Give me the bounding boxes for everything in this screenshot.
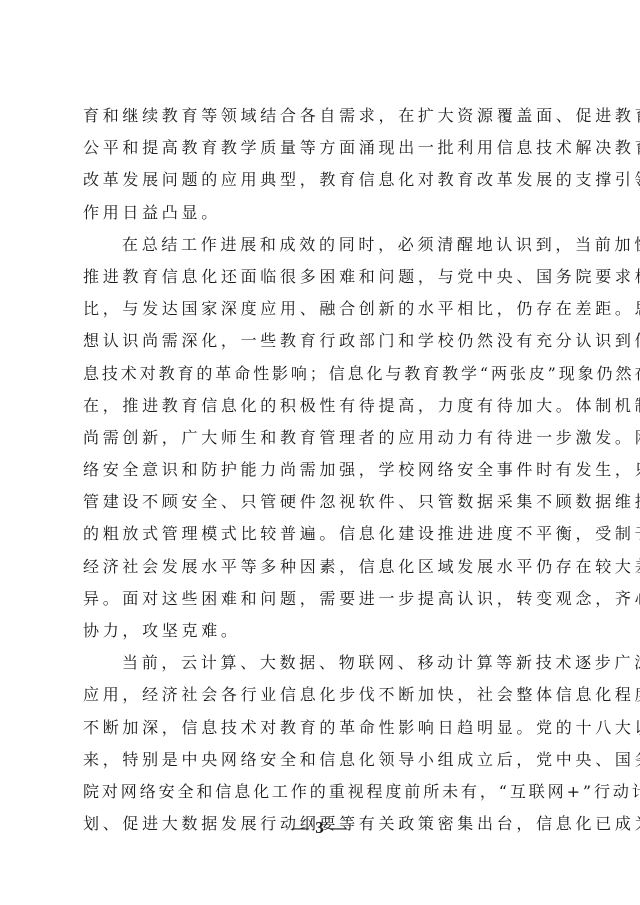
paragraph-2: 在总结工作进展和成效的同时，必须清醒地认识到，当前加快 推进教育信息化还面临很多… <box>83 229 557 647</box>
text-line: 在总结工作进展和成效的同时，必须清醒地认识到，当前加快 <box>83 229 557 261</box>
text-line: 想认识尚需深化，一些教育行政部门和学校仍然没有充分认识到信 <box>83 325 557 357</box>
text-line: 作用日益凸显。 <box>83 197 557 229</box>
text-line: 息技术对教育的革命性影响；信息化与教育教学“两张皮”现象仍然存 <box>83 358 557 390</box>
text-line: 当前，云计算、大数据、物联网、移动计算等新技术逐步广泛 <box>83 647 557 679</box>
text-line: 协力，攻坚克难。 <box>83 615 557 647</box>
text-line: 管建设不顾安全、只管硬件忽视软件、只管数据采集不顾数据维护 <box>83 486 557 518</box>
text-line: 尚需创新，广大师生和教育管理者的应用动力有待进一步激发。网 <box>83 422 557 454</box>
text-line: 经济社会发展水平等多种因素，信息化区域发展水平仍存在较大差 <box>83 551 557 583</box>
text-line: 改革发展问题的应用典型，教育信息化对教育改革发展的支撑引领 <box>83 164 557 196</box>
text-line: 育和继续教育等领域结合各自需求，在扩大资源覆盖面、促进教育 <box>83 100 557 132</box>
text-line: 来，特别是中央网络安全和信息化领导小组成立后，党中央、国务 <box>83 744 557 776</box>
document-page: 育和继续教育等领域结合各自需求，在扩大资源覆盖面、促进教育 公平和提高教育教学质… <box>0 0 640 905</box>
text-line: 应用，经济社会各行业信息化步伐不断加快，社会整体信息化程度 <box>83 679 557 711</box>
paragraph-1: 育和继续教育等领域结合各自需求，在扩大资源覆盖面、促进教育 公平和提高教育教学质… <box>83 100 557 229</box>
text-line: 院对网络安全和信息化工作的重视程度前所未有，“互联网+”行动计 <box>83 776 557 808</box>
text-line: 在，推进教育信息化的积极性有待提高，力度有待加大。体制机制 <box>83 390 557 422</box>
text-line: 推进教育信息化还面临很多困难和问题，与党中央、国务院要求相 <box>83 261 557 293</box>
document-body: 育和继续教育等领域结合各自需求，在扩大资源覆盖面、促进教育 公平和提高教育教学质… <box>83 100 557 840</box>
text-line: 异。面对这些困难和问题，需要进一步提高认识，转变观念，齐心 <box>83 583 557 615</box>
text-line: 比，与发达国家深度应用、融合创新的水平相比，仍存在差距。思 <box>83 293 557 325</box>
text-line: 的粗放式管理模式比较普遍。信息化建设推进进度不平衡，受制于 <box>83 518 557 550</box>
page-number: — 3 — <box>0 818 640 838</box>
text-line: 公平和提高教育教学质量等方面涌现出一批利用信息技术解决教育 <box>83 132 557 164</box>
paragraph-3: 当前，云计算、大数据、物联网、移动计算等新技术逐步广泛 应用，经济社会各行业信息… <box>83 647 557 840</box>
text-line: 络安全意识和防护能力尚需加强，学校网络安全事件时有发生，只 <box>83 454 557 486</box>
text-line: 不断加深，信息技术对教育的革命性影响日趋明显。党的十八大以 <box>83 712 557 744</box>
